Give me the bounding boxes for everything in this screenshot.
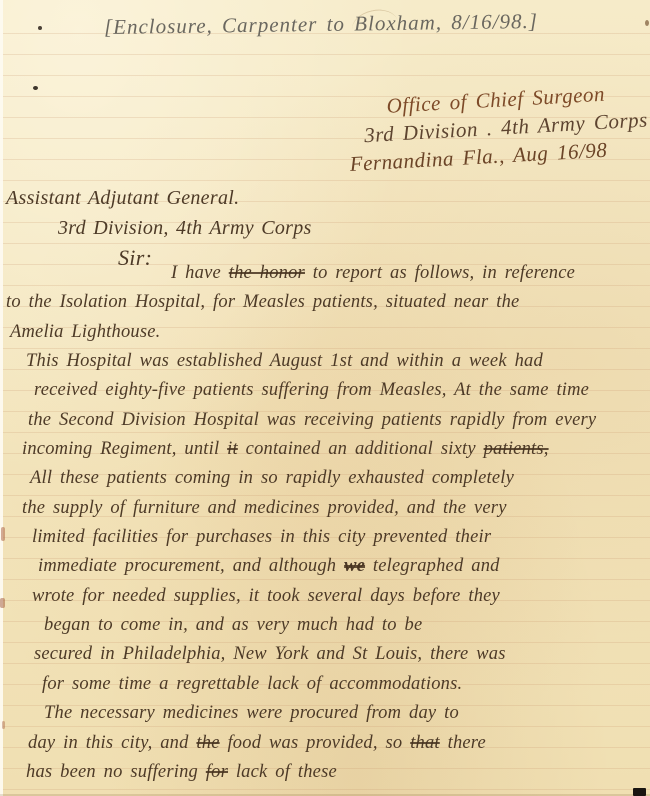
text-segment: day in this city, and [28,733,196,753]
handwritten-line: to the Isolation Hospital, for Measles p… [6,292,650,321]
handwritten-line: wrote for needed supplies, it took sever… [6,586,650,615]
recipient-division: 3rd Division, 4th Army Corps [58,213,312,243]
text-segment: the supply of furniture and medicines pr… [22,498,507,518]
edge-stain [1,527,5,541]
handwritten-line: received eighty-five patients suffering … [6,380,650,409]
struck-word: it [227,439,238,459]
scanned-letter-page: { "letter": { "annotation": "[Enclosure,… [0,0,650,796]
text-segment: telegraphed and [365,556,500,576]
handwritten-line: the Second Division Hospital was receivi… [6,410,650,439]
text-segment: to report as follows, in reference [305,263,575,283]
handwritten-line: secured in Philadelphia, New York and St… [6,644,650,673]
text-segment: incoming Regiment, until [22,439,227,459]
text-segment: there [440,733,486,753]
handwritten-line: This Hospital was established August 1st… [6,351,650,380]
handwritten-line: Amelia Lighthouse. [6,322,650,351]
scan-artifact-mark [633,788,646,796]
text-segment: wrote for needed supplies, it took sever… [32,586,500,606]
recipient-title: Assistant Adjutant General. [6,183,312,213]
text-segment: has been no suffering [26,762,206,782]
handwritten-line: for some time a regrettable lack of acco… [6,674,650,703]
handwritten-line: All these patients coming in so rapidly … [6,468,650,497]
struck-word: we [344,556,365,576]
struck-word: the honor [229,263,305,283]
text-segment: for some time a regrettable lack of acco… [42,674,462,694]
foxing-speck [38,26,42,30]
text-segment: This Hospital was established August 1st… [26,351,543,371]
handwritten-line: day in this city, and the food was provi… [6,733,650,762]
recipient-address-block: Assistant Adjutant General. 3rd Division… [6,183,312,273]
handwritten-line: the supply of furniture and medicines pr… [6,498,650,527]
text-segment: All these patients coming in so rapidly … [30,468,514,488]
text-segment: food was provided, so [220,733,411,753]
handwritten-line: I have the honor to report as follows, i… [6,263,650,292]
text-segment: Amelia Lighthouse. [10,322,160,342]
text-segment: lack of these [228,762,337,782]
text-segment: began to come in, and as very much had t… [44,615,422,635]
letter-body: I have the honor to report as follows, i… [6,263,650,791]
text-segment: limited facilities for purchases in this… [32,527,491,547]
letterhead-block: Office of Chief Surgeon 3rd Division . 4… [336,77,650,178]
struck-word: for [206,762,228,782]
text-segment: to the Isolation Hospital, for Measles p… [6,292,519,312]
handwritten-line: has been no suffering for lack of these [6,762,650,791]
text-segment: I have [171,263,229,283]
struck-word: the [196,733,219,753]
text-segment: the Second Division Hospital was receivi… [28,410,596,430]
text-segment: secured in Philadelphia, New York and St… [34,644,506,664]
edge-stain [2,721,5,729]
handwritten-line: immediate procurement, and although we t… [6,556,650,585]
handwritten-line: began to come in, and as very much had t… [6,615,650,644]
struck-word: patients, [484,439,549,459]
handwritten-line: limited facilities for purchases in this… [6,527,650,556]
text-segment: The necessary medicines were procured fr… [44,703,459,723]
struck-word: that [410,733,440,753]
handwritten-line: The necessary medicines were procured fr… [6,703,650,732]
text-segment: contained an additional sixty [238,439,484,459]
handwritten-line: incoming Regiment, until it contained an… [6,439,650,468]
edge-stain [0,598,5,608]
text-segment: immediate procurement, and although [38,556,344,576]
text-segment: received eighty-five patients suffering … [34,380,589,400]
foxing-speck [33,86,38,90]
foxing-speck [645,20,649,26]
paper-left-edge [0,0,3,796]
